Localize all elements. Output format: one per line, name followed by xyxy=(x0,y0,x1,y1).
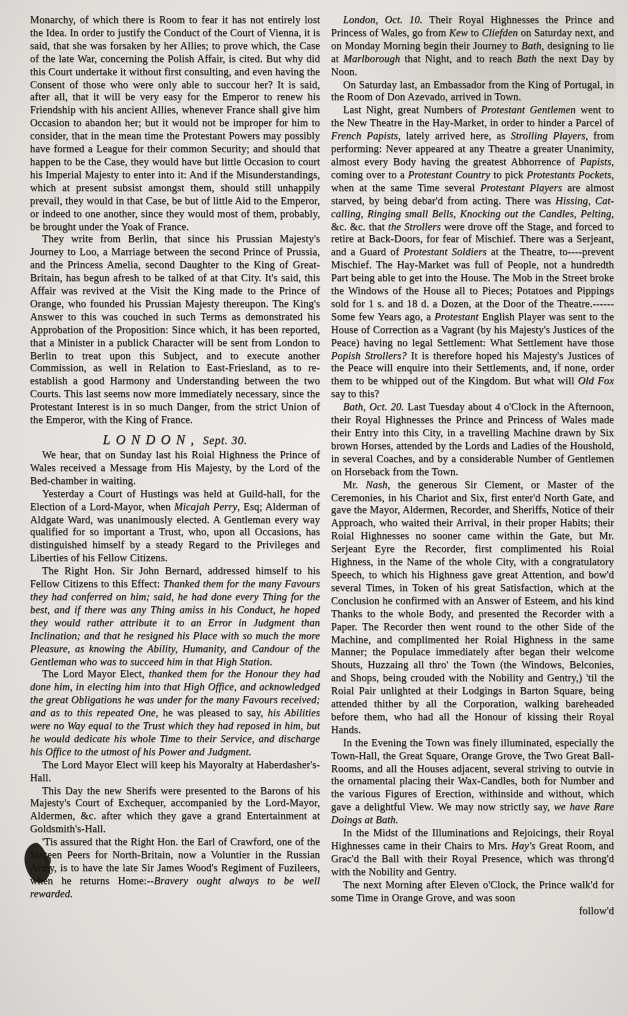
paragraph-earl-of-crawford: 'Tis assured that the Right Hon. the Ear… xyxy=(30,837,320,902)
paragraph-new-sherifs: This Day the new Sherifs were presented … xyxy=(30,786,320,838)
paragraph-mrs-hays-ball: In the Midst of the Illuminations and Re… xyxy=(331,828,614,880)
paragraph-berlin-marriage: They write from Berlin, that since his P… xyxy=(30,234,320,428)
paragraph-illuminations: In the Evening the Town was finely illum… xyxy=(331,738,614,828)
section-heading-london: LONDON, Sept. 30. xyxy=(30,432,320,449)
paragraph-prince-message: We hear, that on Sunday last his Roial H… xyxy=(30,450,320,489)
heading-city: LONDON, xyxy=(103,432,200,447)
heading-date: Sept. 30. xyxy=(203,435,247,447)
paragraph-haymarket-theatre: Last Night, great Numbers of Protestant … xyxy=(331,105,614,402)
paragraph-lord-mayor-election: Yesterday a Court of Hustings was held a… xyxy=(30,489,320,566)
paragraph-lord-mayor-elect-thanks: The Lord Mayor Elect, thanked them for t… xyxy=(30,669,320,759)
paragraph-sir-john-bernard: The Right Hon. Sir John Bernard, address… xyxy=(30,566,320,669)
right-column: London, Oct. 10. Their Royal Highnesses … xyxy=(331,15,614,918)
paragraph-mr-nash: Mr. Nash, the generous Sir Clement, or M… xyxy=(331,480,614,738)
ink-blot-speck xyxy=(44,856,51,865)
newspaper-page: Monarchy, of which there is Room to fear… xyxy=(0,0,628,1016)
paragraph-london-oct-10: London, Oct. 10. Their Royal Highnesses … xyxy=(331,15,614,80)
catchword: follow'd xyxy=(331,906,614,919)
paragraph-portugal-embassador: On Saturday last, an Embassador from the… xyxy=(331,80,614,106)
paragraph-next-morning: The next Morning after Eleven o'Clock, t… xyxy=(331,880,614,906)
paragraph-mayoralty-hall: The Lord Mayor Elect will keep his Mayor… xyxy=(30,760,320,786)
paragraph-monarchy: Monarchy, of which there is Room to fear… xyxy=(30,15,320,234)
left-column: Monarchy, of which there is Room to fear… xyxy=(30,15,320,902)
paragraph-bath-oct-20: Bath, Oct. 20. Last Tuesday about 4 o'Cl… xyxy=(331,402,614,479)
